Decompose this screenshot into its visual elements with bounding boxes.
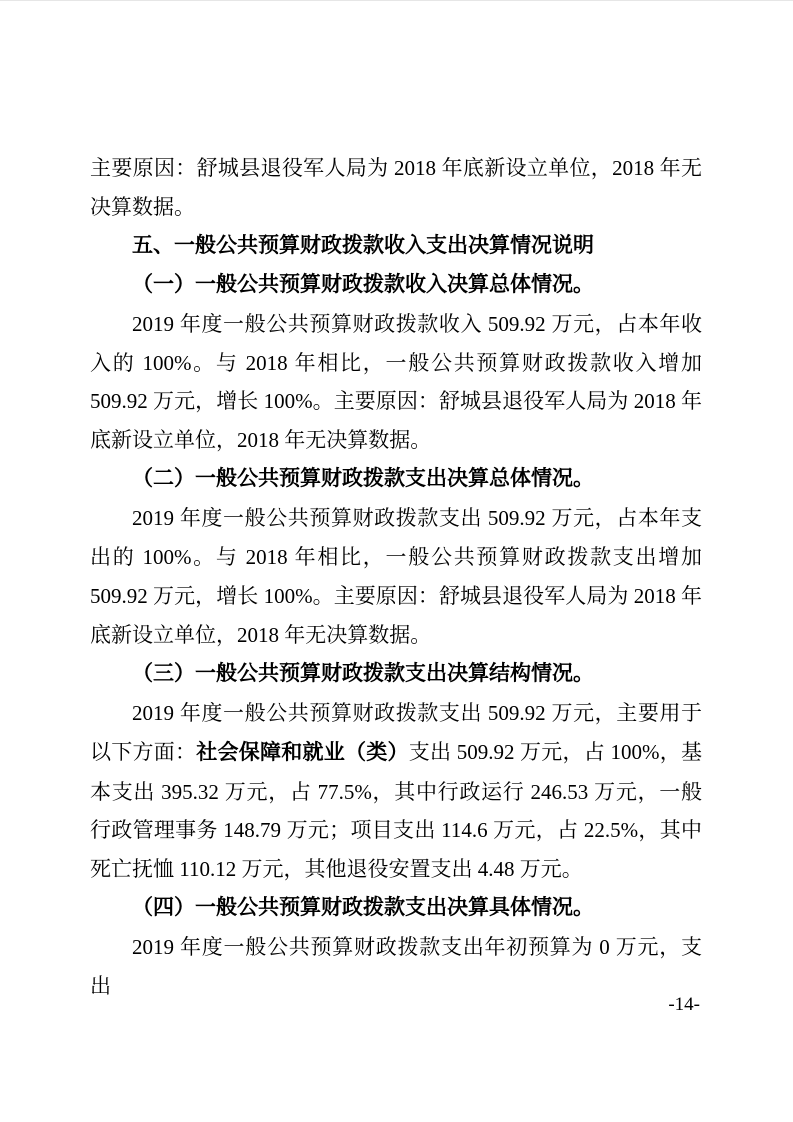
bold-text-run-social-security-category: 社会保障和就业（类）: [196, 741, 409, 764]
subsection-heading-4-expenditure-detail: （四）一般公共预算财政拨款支出决算具体情况。: [90, 889, 702, 928]
paragraph-expenditure-structure: 2019 年度一般公共预算财政拨款支出 509.92 万元，主要用于以下方面：社…: [90, 694, 702, 890]
paragraph-expenditure-detail: 2019 年度一般公共预算财政拨款支出年初预算为 0 万元，支出: [90, 928, 702, 1006]
paragraph-expenditure-overview: 2019 年度一般公共预算财政拨款支出 509.92 万元，占本年支出的 100…: [90, 499, 702, 655]
page-number: -14-: [668, 995, 700, 1015]
subsection-heading-2-expenditure-overview: （二）一般公共预算财政拨款支出决算总体情况。: [90, 460, 702, 499]
paragraph-income-overview: 2019 年度一般公共预算财政拨款收入 509.92 万元，占本年收入的 100…: [90, 305, 702, 461]
paragraph-carryover-reason: 主要原因：舒城县退役军人局为 2018 年底新设立单位，2018 年无决算数据。: [90, 149, 702, 227]
section-heading-5: 五、一般公共预算财政拨款收入支出决算情况说明: [90, 227, 702, 266]
document-page: 主要原因：舒城县退役军人局为 2018 年底新设立单位，2018 年无决算数据。…: [0, 0, 793, 1122]
subsection-heading-1-income-overview: （一）一般公共预算财政拨款收入决算总体情况。: [90, 266, 702, 305]
subsection-heading-3-expenditure-structure: （三）一般公共预算财政拨款支出决算结构情况。: [90, 655, 702, 694]
page-content: 主要原因：舒城县退役军人局为 2018 年底新设立单位，2018 年无决算数据。…: [90, 149, 702, 1006]
